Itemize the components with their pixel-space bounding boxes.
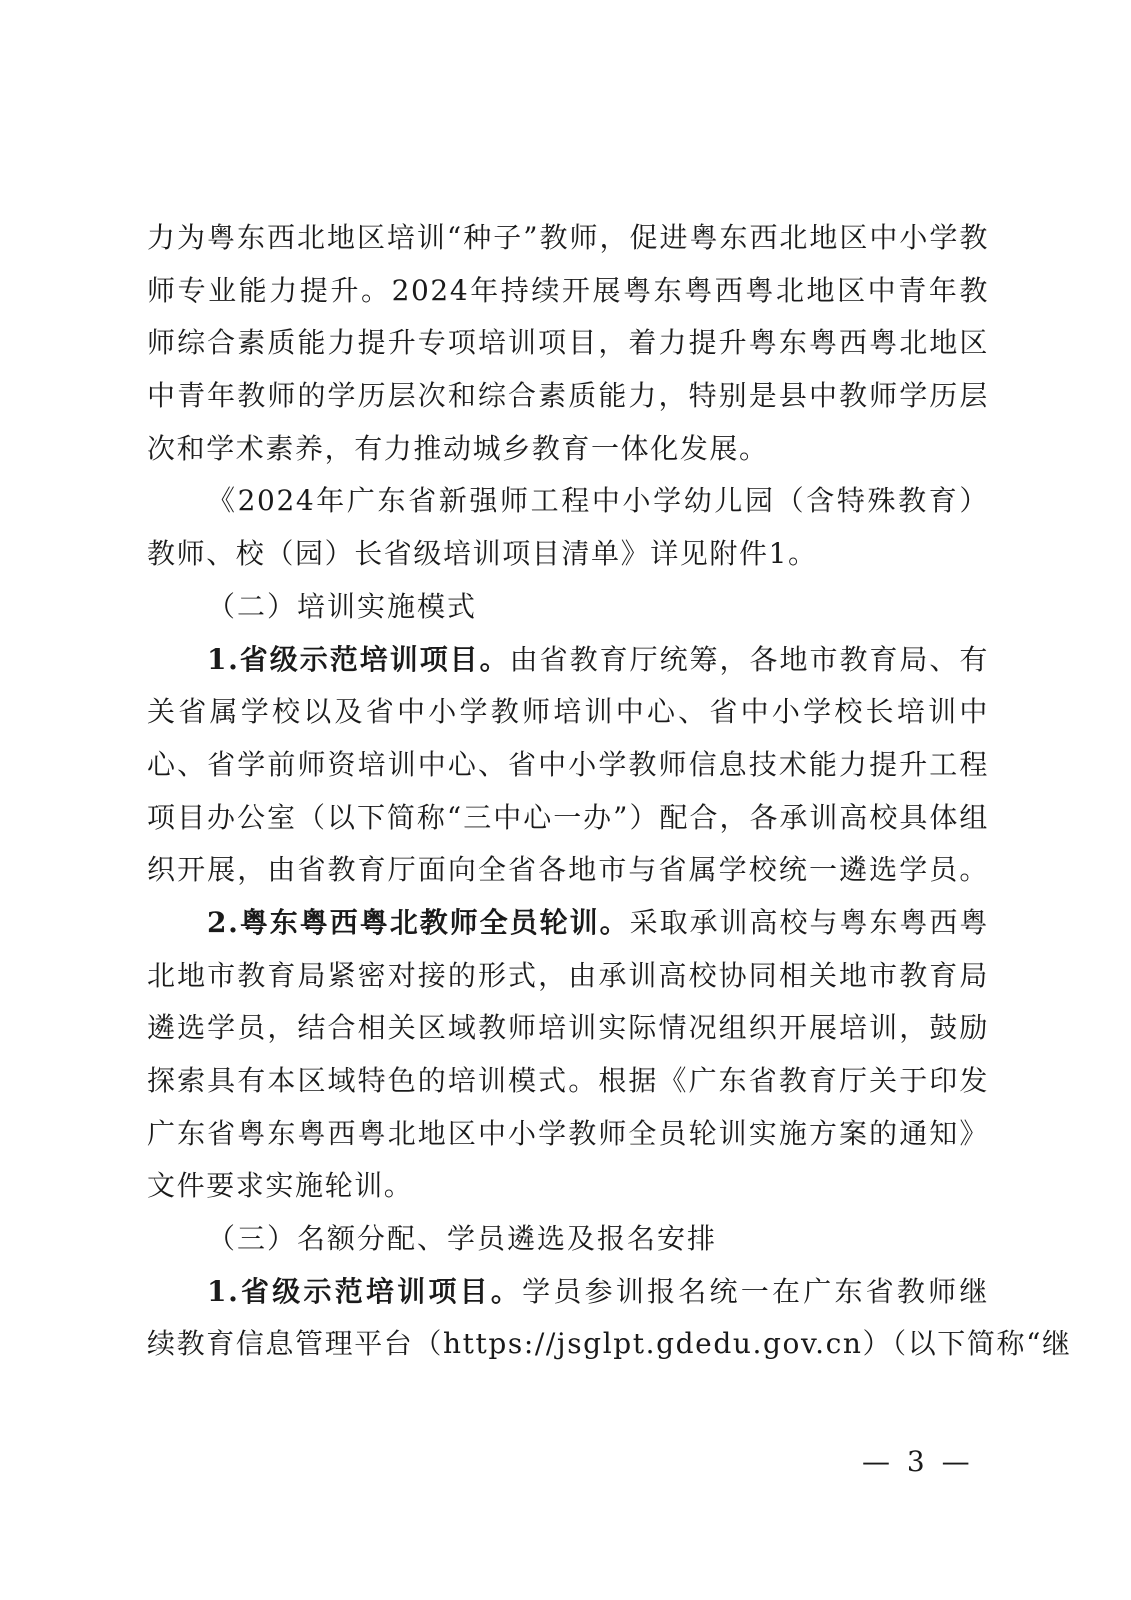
line-text: 采取承训高校与粤东粤西粤 bbox=[630, 906, 989, 939]
line-text: 学员参训报名统一在广东省教师继 bbox=[522, 1275, 989, 1308]
text-line-21: 1.省级示范培训项目。学员参训报名统一在广东省教师继 bbox=[147, 1266, 989, 1319]
line-text: 探索具有本区域特色的培训模式。根据《广东省教育厅关于印发 bbox=[147, 1064, 989, 1097]
line-text: 《2024年广东省新强师工程中小学幼儿园（含特殊教育） bbox=[207, 484, 989, 517]
text-line-7: 教师、校（园）长省级培训项目清单》详见附件1。 bbox=[147, 528, 989, 581]
line-text: 关省属学校以及省中小学教师培训中心、省中小学校长培训中 bbox=[147, 695, 989, 728]
text-line-19: 文件要求实施轮训。 bbox=[147, 1160, 989, 1213]
page-number: — 3 — bbox=[862, 1442, 974, 1482]
line-text: 项目办公室（以下简称“三中心一办”）配合，各承训高校具体组 bbox=[147, 801, 989, 834]
text-line-22: 续教育信息管理平台（https://jsglpt.gdedu.gov.cn）（以… bbox=[147, 1318, 989, 1371]
line-text: 续教育信息管理平台（https://jsglpt.gdedu.gov.cn）（以… bbox=[147, 1327, 1072, 1360]
section-heading-3: （三）名额分配、学员遴选及报名安排 bbox=[147, 1213, 989, 1266]
line-text: 织开展，由省教育厅面向全省各地市与省属学校统一遴选学员。 bbox=[147, 853, 989, 886]
line-text: 力为粤东西北地区培训“种子”教师，促进粤东西北地区中小学教 bbox=[147, 221, 989, 254]
text-line-4: 中青年教师的学历层次和综合素质能力，特别是县中教师学历层 bbox=[147, 370, 989, 423]
heading-text: （三）名额分配、学员遴选及报名安排 bbox=[207, 1222, 717, 1255]
line-text: 遴选学员，结合相关区域教师培训实际情况组织开展培训，鼓励 bbox=[147, 1011, 989, 1044]
text-line-3: 师综合素质能力提升专项培训项目，着力提升粤东粤西粤北地区 bbox=[147, 317, 989, 370]
text-line-5: 次和学术素养，有力推动城乡教育一体化发展。 bbox=[147, 423, 989, 476]
text-line-14: 2.粤东粤西粤北教师全员轮训。采取承训高校与粤东粤西粤 bbox=[147, 897, 989, 950]
text-line-10: 关省属学校以及省中小学教师培训中心、省中小学校长培训中 bbox=[147, 686, 989, 739]
section-heading-2: （二）培训实施模式 bbox=[147, 581, 989, 634]
text-line-11: 心、省学前师资培训中心、省中小学教师信息技术能力提升工程 bbox=[147, 739, 989, 792]
text-line-18: 广东省粤东粤西粤北地区中小学教师全员轮训实施方案的通知》 bbox=[147, 1108, 989, 1161]
text-line-15: 北地市教育局紧密对接的形式，由承训高校协同相关地市教育局 bbox=[147, 950, 989, 1003]
item-title: 1.省级示范培训项目。 bbox=[207, 643, 510, 676]
text-line-2: 师专业能力提升。2024年持续开展粤东粤西粤北地区中青年教 bbox=[147, 265, 989, 318]
line-text: 教师、校（园）长省级培训项目清单》详见附件1。 bbox=[147, 537, 818, 570]
document-page: 力为粤东西北地区培训“种子”教师，促进粤东西北地区中小学教 师专业能力提升。20… bbox=[0, 0, 1131, 1600]
line-text: 由省教育厅统筹，各地市教育局、有 bbox=[510, 643, 989, 676]
heading-text: （二）培训实施模式 bbox=[207, 590, 477, 623]
item-title: 2.粤东粤西粤北教师全员轮训。 bbox=[207, 906, 630, 939]
body-text: 力为粤东西北地区培训“种子”教师，促进粤东西北地区中小学教 师专业能力提升。20… bbox=[147, 212, 989, 1371]
text-line-17: 探索具有本区域特色的培训模式。根据《广东省教育厅关于印发 bbox=[147, 1055, 989, 1108]
line-text: 北地市教育局紧密对接的形式，由承训高校协同相关地市教育局 bbox=[147, 959, 989, 992]
text-line-12: 项目办公室（以下简称“三中心一办”）配合，各承训高校具体组 bbox=[147, 792, 989, 845]
text-line-1: 力为粤东西北地区培训“种子”教师，促进粤东西北地区中小学教 bbox=[147, 212, 989, 265]
line-text: 文件要求实施轮训。 bbox=[147, 1169, 413, 1202]
line-text: 中青年教师的学历层次和综合素质能力，特别是县中教师学历层 bbox=[147, 379, 989, 412]
line-text: 心、省学前师资培训中心、省中小学教师信息技术能力提升工程 bbox=[147, 748, 989, 781]
line-text: 次和学术素养，有力推动城乡教育一体化发展。 bbox=[147, 432, 769, 465]
text-line-16: 遴选学员，结合相关区域教师培训实际情况组织开展培训，鼓励 bbox=[147, 1002, 989, 1055]
item-title: 1.省级示范培训项目。 bbox=[207, 1275, 522, 1308]
text-line-6: 《2024年广东省新强师工程中小学幼儿园（含特殊教育） bbox=[147, 475, 989, 528]
text-line-13: 织开展，由省教育厅面向全省各地市与省属学校统一遴选学员。 bbox=[147, 844, 989, 897]
text-line-9: 1.省级示范培训项目。由省教育厅统筹，各地市教育局、有 bbox=[147, 634, 989, 687]
line-text: 师专业能力提升。2024年持续开展粤东粤西粤北地区中青年教 bbox=[147, 274, 989, 307]
line-text: 师综合素质能力提升专项培训项目，着力提升粤东粤西粤北地区 bbox=[147, 326, 989, 359]
line-text: 广东省粤东粤西粤北地区中小学教师全员轮训实施方案的通知》 bbox=[147, 1117, 989, 1150]
